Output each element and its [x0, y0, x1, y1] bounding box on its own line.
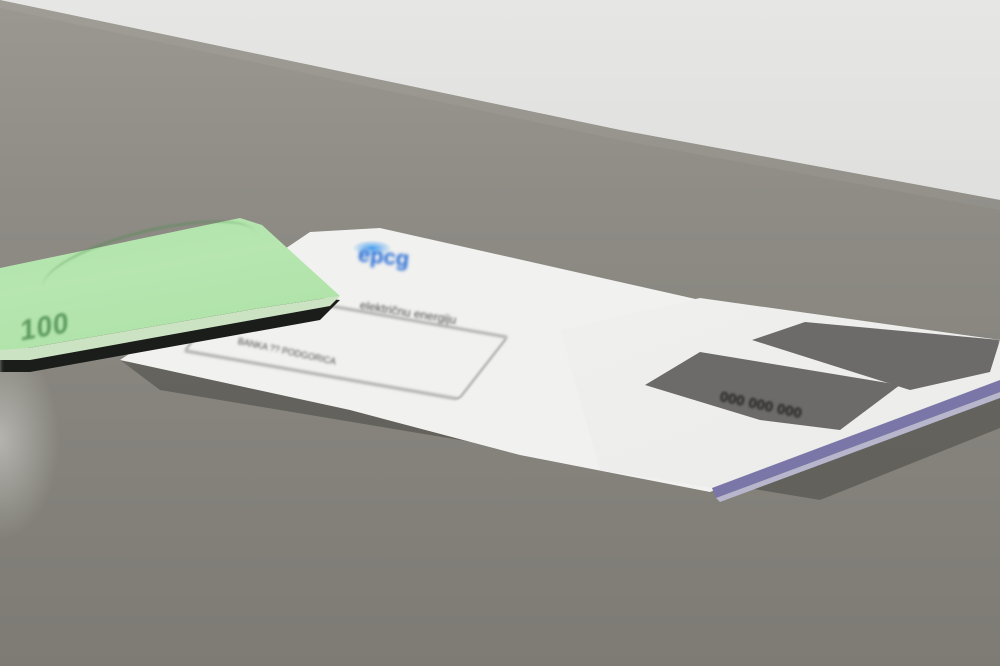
photo-scene: epcg električnu energiju BANKA ?? PODGOR…: [0, 0, 1000, 666]
company-logo: epcg: [357, 241, 411, 272]
